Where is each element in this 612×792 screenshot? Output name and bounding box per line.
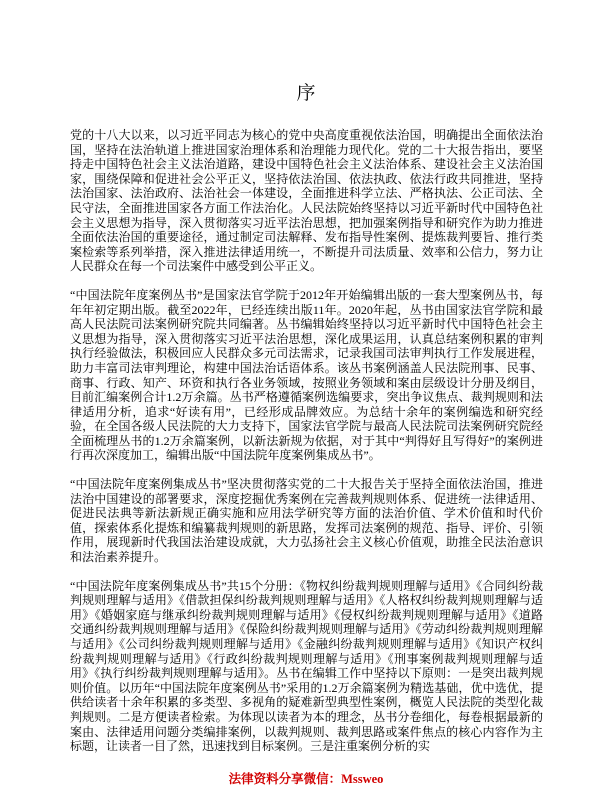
page-content: 序 党的十八大以来，以习近平同志为核心的党中央高度重视依法治国，明确提出全面依法… bbox=[70, 82, 543, 768]
paragraph-3: “中国法院年度案例集成丛书”坚决贯彻落实党的二十大报告关于坚持全面依法治国，推进… bbox=[70, 477, 543, 565]
paragraph-1: 党的十八大以来，以习近平同志为核心的党中央高度重视依法治国，明确提出全面依法治国… bbox=[70, 128, 543, 274]
paragraph-2: “中国法院年度案例丛书”是国家法官学院于2012年开始编辑出版的一套大型案例丛书… bbox=[70, 288, 543, 463]
paragraph-4: “中国法院年度案例集成丛书”共15个分册：《物权纠纷裁判规则理解与适用》《合同纠… bbox=[70, 579, 543, 754]
page-title: 序 bbox=[70, 82, 543, 106]
document-page: 序 党的十八大以来，以习近平同志为核心的党中央高度重视依法治国，明确提出全面依法… bbox=[0, 0, 612, 792]
footer-watermark: 法律资料分享微信：Mssweo bbox=[0, 769, 612, 787]
